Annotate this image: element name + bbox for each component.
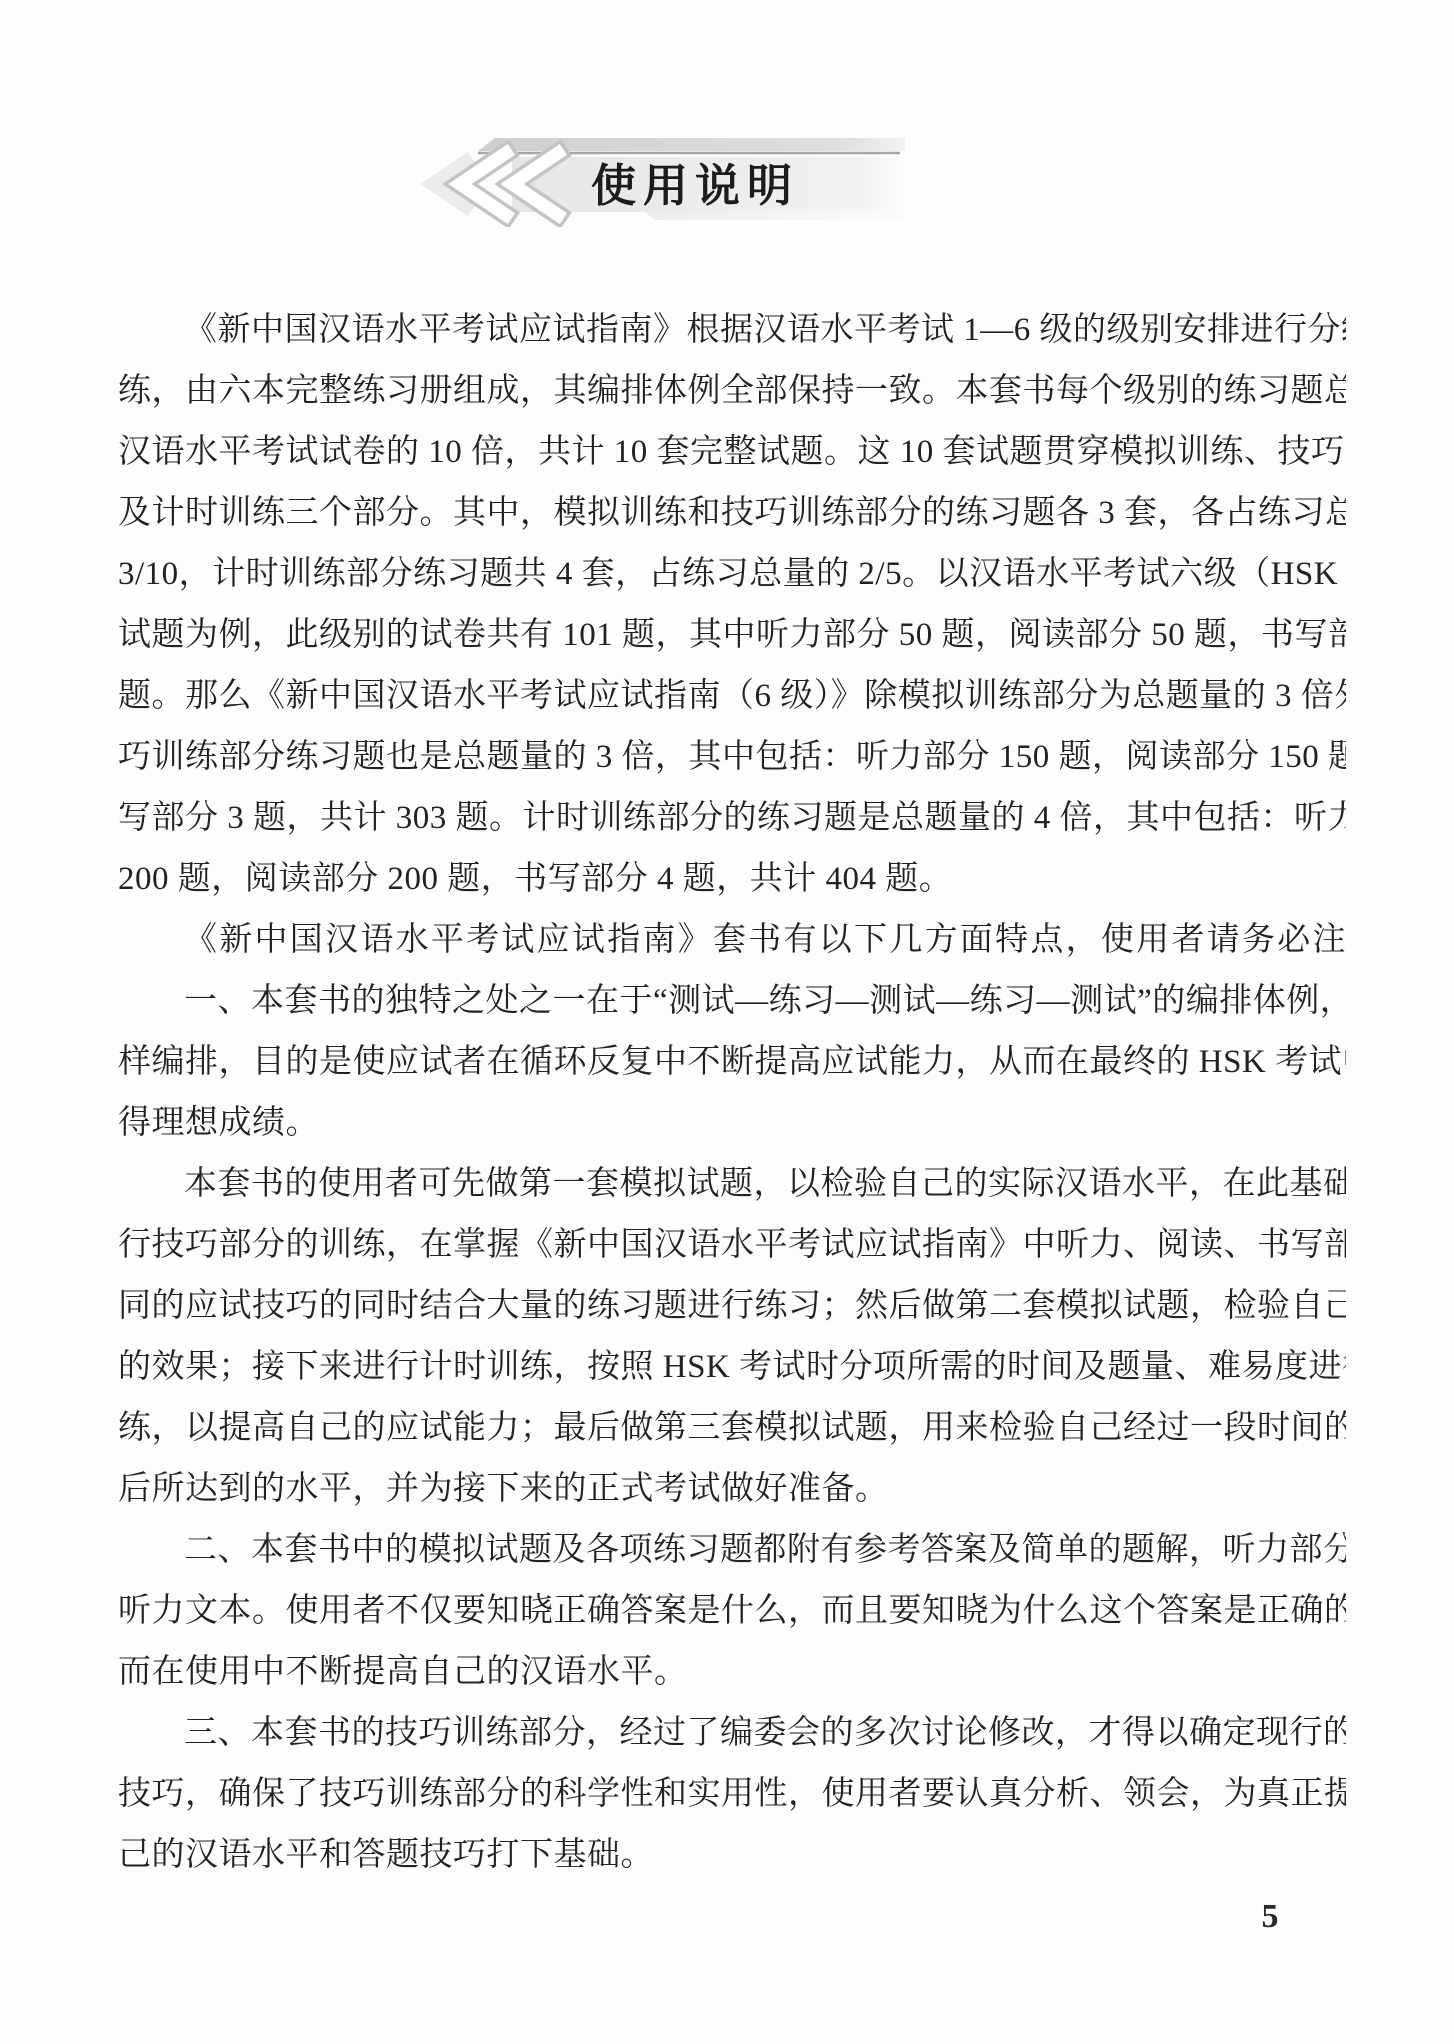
text-line: 而在使用中不断提高自己的汉语水平。 — [118, 1642, 1346, 1703]
text-line: 题。那么《新中国汉语水平考试应试指南（6 级）》除模拟训练部分为总题量的 3 倍… — [118, 666, 1346, 727]
text-line: 及计时训练三个部分。其中，模拟训练和技巧训练部分的练习题各 3 套，各占练习总量… — [118, 483, 1346, 544]
text-line: 练，由六本完整练习册组成，其编排体例全部保持一致。本套书每个级别的练习题总量为 — [118, 361, 1346, 422]
text-line: 二、本套书中的模拟试题及各项练习题都附有参考答案及简单的题解，听力部分附有 — [118, 1520, 1346, 1581]
text-line: 3/10，计时训练部分练习题共 4 套，占练习总量的 2/5。以汉语水平考试六级… — [118, 544, 1346, 605]
text-line: 听力文本。使用者不仅要知晓正确答案是什么，而且要知晓为什么这个答案是正确的，从 — [118, 1581, 1346, 1642]
text-line: 后所达到的水平，并为接下来的正式考试做好准备。 — [118, 1459, 1346, 1520]
text-line: 三、本套书的技巧训练部分，经过了编委会的多次讨论修改，才得以确定现行的答题 — [118, 1703, 1346, 1764]
text-line: 巧训练部分练习题也是总题量的 3 倍，其中包括：听力部分 150 题，阅读部分 … — [118, 727, 1346, 788]
body-text: 《新中国汉语水平考试应试指南》根据汉语水平考试 1—6 级的级别安排进行分级别训… — [118, 300, 1346, 1886]
document-page: 使用说明 《新中国汉语水平考试应试指南》根据汉语水平考试 1—6 级的级别安排进… — [0, 0, 1454, 2044]
text-line: 写部分 3 题，共计 303 题。计时训练部分的练习题是总题量的 4 倍，其中包… — [118, 788, 1346, 849]
text-line: 一、本套书的独特之处之一在于“测试—练习—测试—练习—测试”的编排体例，这 — [118, 971, 1346, 1032]
page-title: 使用说明 — [550, 158, 840, 214]
paragraph: 《新中国汉语水平考试应试指南》套书有以下几方面特点，使用者请务必注意： — [118, 910, 1346, 971]
text-line: 的效果；接下来进行计时训练，按照 HSK 考试时分项所需的时间及题量、难易度进行… — [118, 1337, 1346, 1398]
text-line: 本套书的使用者可先做第一套模拟试题，以检验自己的实际汉语水平，在此基础上进 — [118, 1154, 1346, 1215]
text-line: 《新中国汉语水平考试应试指南》根据汉语水平考试 1—6 级的级别安排进行分级别训 — [118, 300, 1346, 361]
text-line: 练，以提高自己的应试能力；最后做第三套模拟试题，用来检验自己经过一段时间的练习 — [118, 1398, 1346, 1459]
paragraph: 二、本套书中的模拟试题及各项练习题都附有参考答案及简单的题解，听力部分附有听力文… — [118, 1520, 1346, 1703]
text-line: 样编排，目的是使应试者在循环反复中不断提高应试能力，从而在最终的 HSK 考试中… — [118, 1032, 1346, 1093]
text-line: 同的应试技巧的同时结合大量的练习题进行练习；然后做第二套模拟试题，检验自己练习 — [118, 1276, 1346, 1337]
text-line: 《新中国汉语水平考试应试指南》套书有以下几方面特点，使用者请务必注意： — [118, 910, 1346, 971]
page-number: 5 — [1250, 1898, 1290, 1936]
text-line: 己的汉语水平和答题技巧打下基础。 — [118, 1825, 1346, 1886]
text-line: 行技巧部分的训练，在掌握《新中国汉语水平考试应试指南》中听力、阅读、书写部分不 — [118, 1215, 1346, 1276]
paragraph: 《新中国汉语水平考试应试指南》根据汉语水平考试 1—6 级的级别安排进行分级别训… — [118, 300, 1346, 910]
text-line: 得理想成绩。 — [118, 1093, 1346, 1154]
title-banner: 使用说明 — [400, 132, 905, 227]
paragraph: 本套书的使用者可先做第一套模拟试题，以检验自己的实际汉语水平，在此基础上进行技巧… — [118, 1154, 1346, 1520]
text-line: 200 题，阅读部分 200 题，书写部分 4 题，共计 404 题。 — [118, 849, 1346, 910]
paragraph: 三、本套书的技巧训练部分，经过了编委会的多次讨论修改，才得以确定现行的答题技巧，… — [118, 1703, 1346, 1886]
text-line: 汉语水平考试试卷的 10 倍，共计 10 套完整试题。这 10 套试题贯穿模拟训… — [118, 422, 1346, 483]
banner-top-streak — [478, 138, 905, 151]
paragraph: 一、本套书的独特之处之一在于“测试—练习—测试—练习—测试”的编排体例，这样编排… — [118, 971, 1346, 1154]
text-line: 试题为例，此级别的试卷共有 101 题，其中听力部分 50 题，阅读部分 50 … — [118, 605, 1346, 666]
text-line: 技巧，确保了技巧训练部分的科学性和实用性，使用者要认真分析、领会，为真正提高自 — [118, 1764, 1346, 1825]
